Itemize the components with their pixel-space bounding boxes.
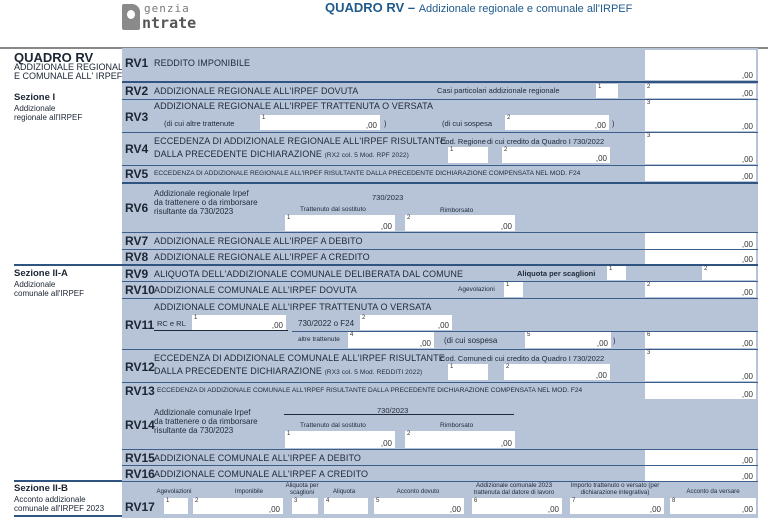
rv14-group-line (284, 414, 514, 415)
rv6-730-label: 730/2023 (372, 193, 403, 202)
logo-text-entrate: ntrate (142, 14, 196, 32)
rv4-label-2: DALLA PRECEDENTE DICHIARAZIONE (RX2 col.… (154, 149, 409, 159)
rv12-amount-field[interactable]: 3,00 (645, 350, 756, 381)
rv11-rc-rl-label: RC e RL (157, 319, 186, 328)
rv11-sospesa-field[interactable]: 5,00 (525, 332, 611, 348)
rv14-rimborsato-field[interactable]: 2,00 (405, 431, 515, 448)
rv14-rimborsato-label: Rimborsato (440, 422, 473, 429)
rv17-col3-head: Aliquota per scaglioni (284, 482, 320, 496)
rv17-trattenuta-datore-field[interactable]: 6,00 (472, 498, 562, 514)
rv13-label: ECCEDENZA DI ADDIZIONALE COMUNALE ALL'IR… (157, 387, 582, 394)
row-code-rv9: RV9 (125, 267, 148, 281)
rv10-amount-field[interactable]: 2,00 (645, 282, 756, 297)
row-code-rv6: RV6 (125, 201, 148, 215)
rv2-amount-field[interactable]: 2,00 (645, 84, 756, 98)
row-code-rv14: RV14 (125, 418, 155, 432)
rv13-amount-field[interactable]: ,00 (645, 383, 756, 399)
rv17-agevolazioni-field[interactable]: 1 (164, 498, 188, 514)
rv8-label: ADDIZIONALE REGIONALE ALL'IRPEF A CREDIT… (154, 252, 370, 262)
rv11-amount-field[interactable]: 6,00 (645, 332, 756, 348)
side-subtitle: ADDIZIONALE REGIONALEE COMUNALE ALL' IRP… (14, 63, 129, 81)
agenzia-entrate-logo: genzia ntrate (122, 2, 222, 34)
section-2a-desc: Addizionalecomunale all'IRPEF (14, 280, 84, 298)
rv9-aliquota-scaglioni-field[interactable]: 1 (607, 266, 626, 280)
rv17-col1-head: Agevolazioni (152, 488, 196, 495)
rv7-label: ADDIZIONALE REGIONALE ALL'IRPEF A DEBITO (154, 236, 363, 246)
rv6-trattenuto-field[interactable]: 1,00 (285, 215, 395, 231)
rv3-sospesa-label: (di cui sospesa (442, 119, 492, 128)
section-2b-desc: Acconto addizionalecomunale all'IRPEF 20… (14, 495, 104, 513)
rv17-col4-head: Aliquota (322, 488, 366, 495)
rv12-credito-label: di cui credito da Quadro I 730/2022 (487, 354, 604, 363)
rv10-agevolazioni-label: Agevolazioni (458, 286, 495, 293)
paren-close: ) (384, 119, 387, 128)
rv6-rimborsato-label: Rimborsato (440, 207, 473, 214)
row-code-rv17: RV17 (125, 500, 155, 514)
row-code-rv3: RV3 (125, 110, 148, 124)
rv6-desc: Addizionale regionale Irpefda trattenere… (154, 189, 258, 216)
rv12-label-1: ECCEDENZA DI ADDIZIONALE COMUNALE ALL'IR… (154, 353, 445, 363)
rv12-cod-comune-label: Cod. Comune (440, 354, 486, 363)
row-code-rv12: RV12 (125, 360, 155, 374)
rv17-importo-integrativa-field[interactable]: 7,00 (570, 498, 664, 514)
rv15-amount-field[interactable]: ,00 (645, 450, 756, 465)
row-code-rv11: RV11 (125, 318, 154, 332)
rv3-label: ADDIZIONALE REGIONALE ALL'IRPEF TRATTENU… (154, 101, 433, 111)
rv5-label: ECCEDENZA DI ADDIZIONALE REGIONALE ALL'I… (154, 170, 580, 177)
rv12-cod-comune-field[interactable]: 1 (448, 364, 488, 380)
rv4-cod-regione-label: Cod. Regione (440, 137, 486, 146)
rv9-label: ALIQUOTA DELL'ADDIZIONALE COMUNALE DELIB… (154, 269, 463, 279)
rv9-aliquota-field[interactable]: 2 (702, 266, 756, 280)
rv8-amount-field[interactable]: ,00 (645, 250, 756, 264)
section-divider (14, 264, 122, 266)
rv4-amount-field[interactable]: 3,00 (645, 133, 756, 164)
rv3-sospesa-field[interactable]: 2,00 (505, 115, 609, 130)
rv17-aliquota-field[interactable]: 4 (324, 498, 368, 514)
rv14-desc: Addizionale comunale Irpefda trattenere … (154, 408, 258, 435)
rv11-label: ADDIZIONALE COMUNALE ALL'IRPEF TRATTENUT… (154, 302, 432, 312)
rv11-altre-trattenute-field[interactable]: 4,00 (348, 332, 434, 348)
rv6-rimborsato-field[interactable]: 2,00 (405, 215, 515, 231)
rv2-label: ADDIZIONALE REGIONALE ALL'IRPEF DOVUTA (154, 86, 358, 96)
rv10-label: ADDIZIONALE COMUNALE ALL'IRPEF DOVUTA (154, 285, 357, 295)
row-divider (122, 81, 758, 83)
row-code-rv5: RV5 (125, 167, 148, 181)
rv5-amount-field[interactable]: ,00 (645, 166, 756, 181)
row-divider (122, 298, 758, 299)
rv11-730-f24-field[interactable]: 2,00 (360, 315, 452, 330)
rv17-acconto-dovuto-field[interactable]: 5,00 (374, 498, 464, 514)
rv2-casi-particolari-label: Casi particolari addizionale regionale (437, 86, 560, 95)
rv4-label-1: ECCEDENZA DI ADDIZIONALE REGIONALE ALL'I… (154, 136, 446, 146)
row-code-rv10: RV10 (125, 283, 155, 297)
row-divider (122, 182, 758, 184)
rv17-aliquota-scaglioni-field[interactable]: 3 (292, 498, 318, 514)
rv11-altre-trattenute-label: altre trattenute (298, 336, 340, 343)
rv14-trattenuto-label: Trattenuto dal sostituto (300, 422, 366, 429)
rv14-trattenuto-field[interactable]: 1,00 (285, 431, 395, 448)
rv11-underline (154, 330, 288, 331)
page-title: QUADRO RV – Addizionale regionale e comu… (325, 0, 632, 15)
section-2b-title: Sezione II-B (14, 483, 68, 494)
rv17-col2-head: Imponibile (204, 488, 294, 495)
rv9-aliquota-scaglioni-label: Aliquota per scaglioni (517, 269, 595, 278)
row-code-rv8: RV8 (125, 250, 148, 264)
row-code-rv7: RV7 (125, 234, 148, 248)
rv11-sospesa-label: (di cui sospesa (444, 336, 497, 345)
rv17-col7-head: Importo trattenuto o versato (per dichia… (566, 482, 664, 496)
section-1-desc: Addizionaleregionale all'IRPEF (14, 104, 82, 122)
rv16-label: ADDIZIONALE COMUNALE ALL'IRPEF A CREDITO (154, 469, 368, 479)
rv1-amount-field[interactable]: ,00 (645, 50, 756, 80)
rv11-730-f24-label: 730/2022 o F24 (298, 319, 354, 328)
rv3-altre-trattenute-field[interactable]: 1,00 (260, 115, 380, 130)
rv17-imponibile-field[interactable]: 2,00 (193, 498, 283, 514)
row-code-rv4: RV4 (125, 142, 148, 156)
form-band: RV1 REDDITO IMPONIBILE ,00 RV2 ADDIZIONA… (122, 48, 758, 518)
rv15-label: ADDIZIONALE COMUNALE ALL'IRPEF A DEBITO (154, 453, 361, 463)
rv12-label-2: DALLA PRECEDENTE DICHIARAZIONE (RX3 col.… (154, 366, 422, 376)
row-code-rv13: RV13 (125, 384, 155, 398)
rv17-acconto-da-versare-field[interactable]: 8,00 (670, 498, 756, 514)
rv2-casi-particolari-field[interactable]: 1 (596, 84, 618, 98)
logo-mark-icon (122, 4, 140, 30)
rv4-cod-regione-field[interactable]: 1 (448, 147, 488, 163)
rv6-trattenuto-label: Trattenuto dal sostituto (300, 206, 366, 213)
paren-close: ) (612, 119, 615, 128)
section-1-title: Sezione I (14, 92, 55, 103)
paren-close: ) (613, 336, 616, 345)
rv3-altre-trattenute-label: (di cui altre trattenute (164, 119, 234, 128)
rv7-amount-field[interactable]: ,00 (645, 233, 756, 249)
section-2a-title: Sezione II-A (14, 268, 68, 279)
rv4-credito-field[interactable]: 2,00 (502, 147, 610, 163)
rv16-amount-field[interactable]: ,00 (645, 466, 756, 481)
rv4-credito-label: di cui credito da Quadro I 730/2022 (487, 137, 604, 146)
rv11-rc-rl-field[interactable]: 1,00 (192, 315, 286, 330)
row-code-rv2: RV2 (125, 84, 148, 98)
rv17-col6-head: Addizionale comunale 2023 trattenuta dal… (468, 482, 560, 496)
row-code-rv15: RV15 (125, 451, 155, 465)
row-divider (122, 264, 758, 266)
rv17-col5-head: Acconto dovuto (372, 488, 464, 495)
row-code-rv16: RV16 (125, 467, 155, 481)
rv10-agevolazioni-field[interactable]: 1 (504, 282, 523, 297)
rv12-credito-field[interactable]: 2,00 (504, 364, 610, 380)
row-code-rv1: RV1 (125, 56, 148, 70)
rv3-amount-field[interactable]: 3,00 (645, 100, 756, 131)
section-divider (14, 480, 122, 482)
rv17-col8-head: Acconto da versare (670, 488, 756, 495)
rv1-label: REDDITO IMPONIBILE (154, 58, 250, 68)
